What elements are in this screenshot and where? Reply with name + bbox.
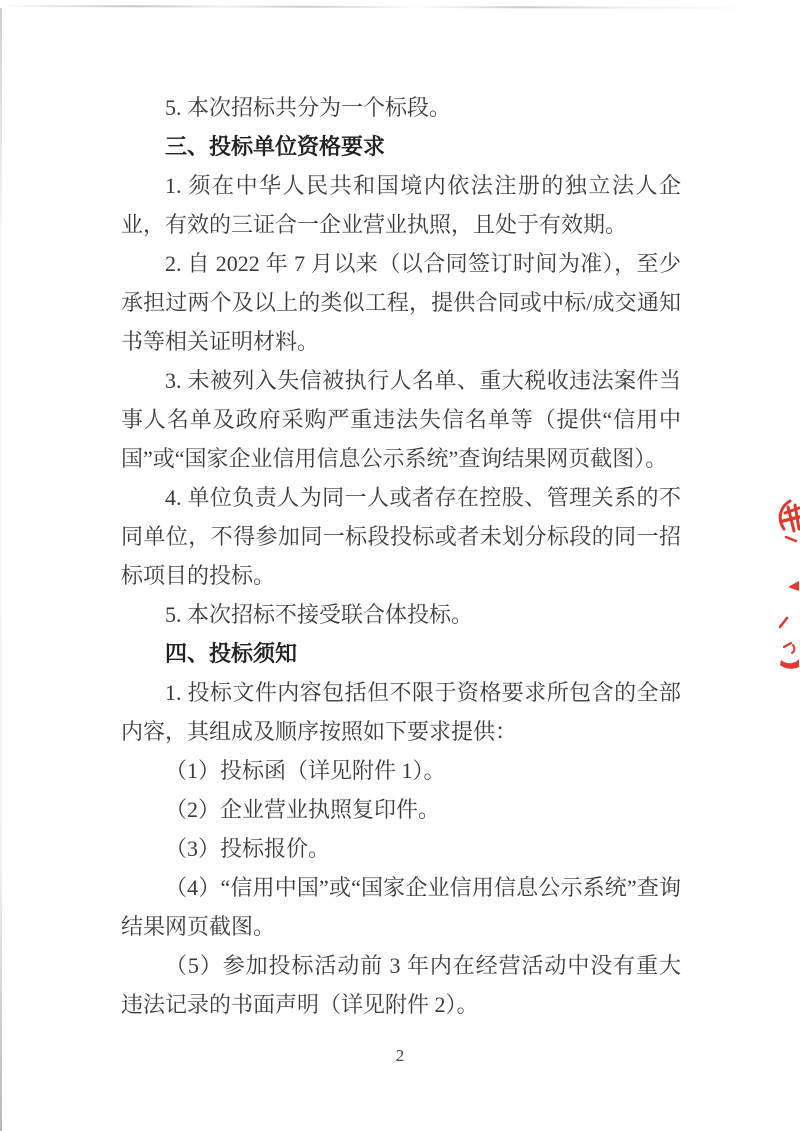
- red-stamp-fragment: [768, 497, 800, 677]
- clause-3-4: 4. 单位负责人为同一人或者存在控股、管理关系的不同单位，不得参加同一标段投标或…: [121, 478, 681, 595]
- document-body: 5. 本次招标共分为一个标段。三、投标单位资格要求1. 须在中华人民共和国境内依…: [121, 88, 681, 1024]
- list-item-2: （2）企业营业执照复印件。: [121, 790, 681, 829]
- scan-edge-artifact-left: [0, 8, 2, 1131]
- clause-3-1: 1. 须在中华人民共和国境内依法注册的独立法人企业，有效的三证合一企业营业执照，…: [121, 166, 681, 244]
- clause-3-2: 2. 自 2022 年 7 月以来（以合同签订时间为准），至少承担过两个及以上的…: [121, 244, 681, 361]
- scan-edge-artifact-top: [0, 5, 800, 9]
- page-number: 2: [0, 1046, 800, 1066]
- list-item-5: （5）参加投标活动前 3 年内在经营活动中没有重大违法记录的书面声明（详见附件 …: [121, 946, 681, 1024]
- clause-4-1: 1. 投标文件内容包括但不限于资格要求所包含的全部内容，其组成及顺序按照如下要求…: [121, 673, 681, 751]
- list-item-1: （1）投标函（详见附件 1）。: [121, 751, 681, 790]
- section-4-heading: 四、投标须知: [121, 634, 681, 673]
- list-item-4: （4）“信用中国”或“国家企业信用信息公示系统”查询结果网页截图。: [121, 868, 681, 946]
- document-page: 5. 本次招标共分为一个标段。三、投标单位资格要求1. 须在中华人民共和国境内依…: [0, 0, 800, 1131]
- clause-3-3: 3. 未被列入失信被执行人名单、重大税收违法案件当事人名单及政府采购严重违法失信…: [121, 361, 681, 478]
- list-item-3: （3）投标报价。: [121, 829, 681, 868]
- clause-2-5: 5. 本次招标共分为一个标段。: [121, 88, 681, 127]
- section-3-heading: 三、投标单位资格要求: [121, 127, 681, 166]
- clause-3-5: 5. 本次招标不接受联合体投标。: [121, 595, 681, 634]
